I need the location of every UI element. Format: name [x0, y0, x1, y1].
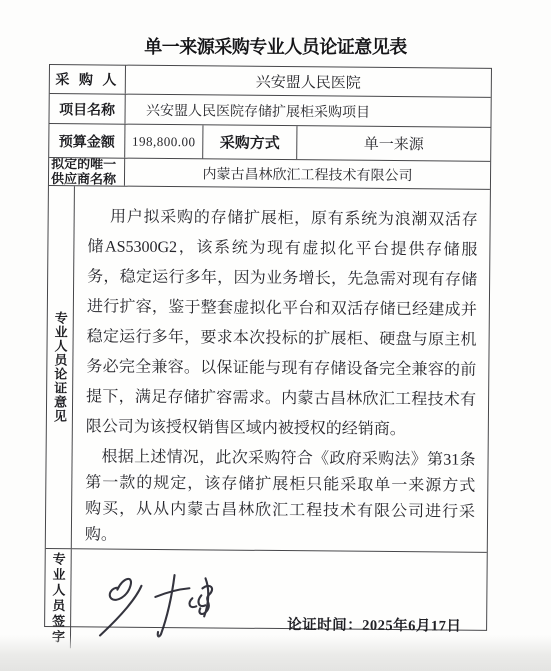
page-title: 单一来源采购专业人员论证意见表 — [0, 33, 551, 59]
row-signature: 专业人员签字 论证时间：2025年6月17日 — [45, 549, 487, 652]
review-time-text: 论证时间：2025年6月17日 — [287, 613, 461, 636]
supplier-label: 拟定的唯一 供应商名称 — [49, 158, 125, 186]
signature-label: 专业人员签字 — [48, 552, 68, 645]
purchaser-value: 兴安盟人民医院 — [126, 66, 491, 97]
opinion-paragraph-1: 用户拟采购的存储扩展柜，原有系统为浪潮双活存储AS5300G2，该系统为现有虚拟… — [86, 202, 478, 445]
project-value: 兴安盟人民医院存储扩展柜采购项目 — [125, 95, 490, 127]
signature-area: 论证时间：2025年6月17日 — [71, 549, 487, 652]
opinion-paragraph-2: 根据上述情况，此次采购符合《政府采购法》第31条第一款的规定，该存储扩展柜只能采… — [85, 444, 476, 551]
row-purchaser: 采 购 人 兴安盟人民医院 — [50, 65, 491, 98]
row-opinion: 专业人员论证意见 用户拟采购的存储扩展柜，原有系统为浪潮双活存储AS5300G2… — [46, 186, 490, 553]
budget-value: 198,800.00 — [125, 125, 203, 159]
supplier-value: 内蒙古昌林欣汇工程技术有限公司 — [125, 159, 490, 189]
opinion-body: 用户拟采购的存储扩展柜，原有系统为浪潮双活存储AS5300G2，该系统为现有虚拟… — [72, 186, 490, 552]
opinion-label-cell: 专业人员论证意见 — [46, 186, 75, 548]
budget-label: 预算金额 — [49, 124, 125, 158]
row-supplier: 拟定的唯一 供应商名称 内蒙古昌林欣汇工程技术有限公司 — [49, 158, 490, 190]
row-budget-method: 预算金额 198,800.00 采购方式 单一来源 — [49, 124, 490, 162]
method-value: 单一来源 — [297, 126, 490, 161]
handwritten-signature-icon — [97, 565, 216, 642]
project-label: 项目名称 — [49, 94, 125, 124]
document-page: 单一来源采购专业人员论证意见表 采 购 人 兴安盟人民医院 项目名称 兴安盟人民… — [0, 0, 551, 671]
purchaser-label: 采 购 人 — [50, 65, 126, 94]
method-label: 采购方式 — [203, 125, 297, 159]
form-table: 采 购 人 兴安盟人民医院 项目名称 兴安盟人民医院存储扩展柜采购项目 预算金额… — [44, 64, 492, 631]
signature-label-cell: 专业人员签字 — [45, 549, 72, 648]
opinion-label: 专业人员论证意见 — [50, 311, 70, 423]
row-project: 项目名称 兴安盟人民医院存储扩展柜采购项目 — [49, 94, 490, 128]
